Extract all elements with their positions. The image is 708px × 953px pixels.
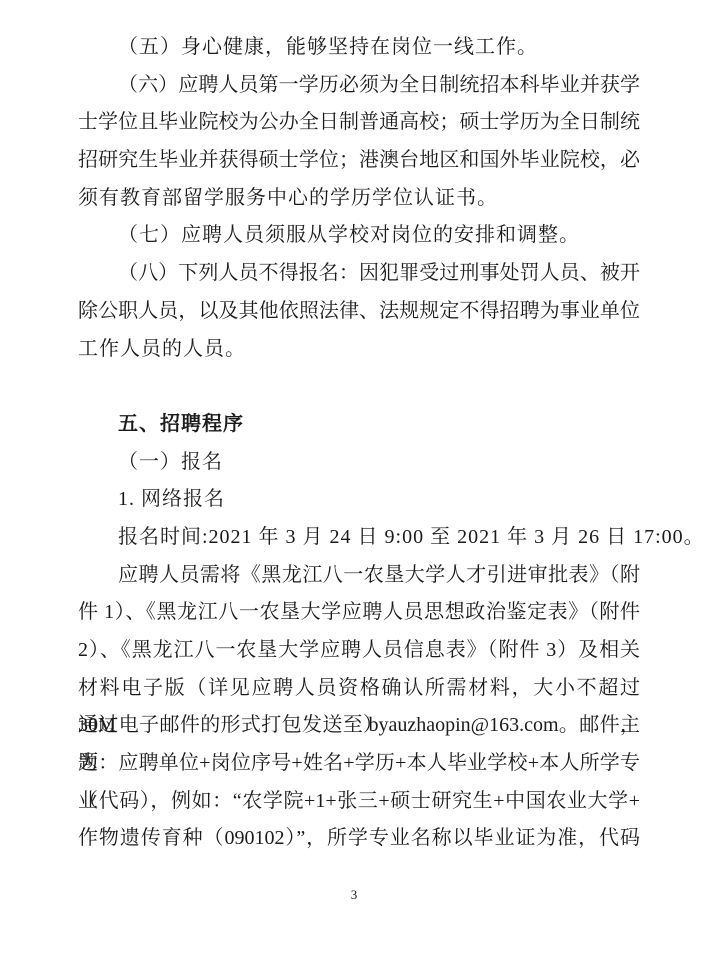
text-line: 除公职人员，以及其他依照法律、法规规定不得招聘为事业单位: [78, 293, 640, 331]
text-line: （六）应聘人员第一学历必须为全日制统招本科毕业并获学: [78, 67, 640, 105]
text-line: 2）、《黑龙江八一农垦大学应聘人员信息表》（附件 3）及相关: [78, 632, 640, 670]
document-body: （五）身心健康，能够坚持在岗位一线工作。（六）应聘人员第一学历必须为全日制统招本…: [78, 29, 640, 858]
text-line: 须有教育部留学服务中心的学历学位认证书。: [78, 180, 640, 218]
text-line: 招研究生毕业并获得硕士学位；港澳台地区和国外毕业院校，必: [78, 142, 640, 180]
section-heading: 五、招聘程序: [78, 406, 640, 444]
text-line: 报名时间:2021 年 3 月 24 日 9:00 至 2021 年 3 月 2…: [78, 519, 640, 557]
text-line: 通过电子邮件的形式打包发送至 byauzhaopin@163.com。邮件主题: [78, 707, 640, 745]
blank-line: [78, 368, 640, 406]
text-line: 士学位且毕业院校为公办全日制普通高校；硕士学历为全日制统: [78, 104, 640, 142]
text-line: 为：应聘单位+岗位序号+姓名+学历+本人毕业学校+本人所学专业: [78, 745, 640, 783]
text-line: （一）报名: [78, 444, 640, 482]
text-line: 作物遗传育种（090102）”，所学专业名称以毕业证为准，代码: [78, 820, 640, 858]
text-line: 件 1）、《黑龙江八一农垦大学应聘人员思想政治鉴定表》（附件: [78, 594, 640, 632]
text-line: （八）下列人员不得报名：因犯罪受过刑事处罚人员、被开: [78, 255, 640, 293]
text-line: 工作人员的人员。: [78, 331, 640, 369]
text-line: 1. 网络报名: [78, 481, 640, 519]
document-page: （五）身心健康，能够坚持在岗位一线工作。（六）应聘人员第一学历必须为全日制统招本…: [0, 0, 708, 953]
text-line: 材料电子版（详见应聘人员资格确认所需材料，大小不超过 30M），: [78, 670, 640, 708]
text-line: （五）身心健康，能够坚持在岗位一线工作。: [78, 29, 640, 67]
page-number: 3: [0, 886, 708, 904]
text-line: 应聘人员需将《黑龙江八一农垦大学人才引进审批表》（附: [78, 557, 640, 595]
text-line: （代码），例如：“农学院+1+张三+硕士研究生+中国农业大学+: [78, 783, 640, 821]
text-line: （七）应聘人员须服从学校对岗位的安排和调整。: [78, 217, 640, 255]
